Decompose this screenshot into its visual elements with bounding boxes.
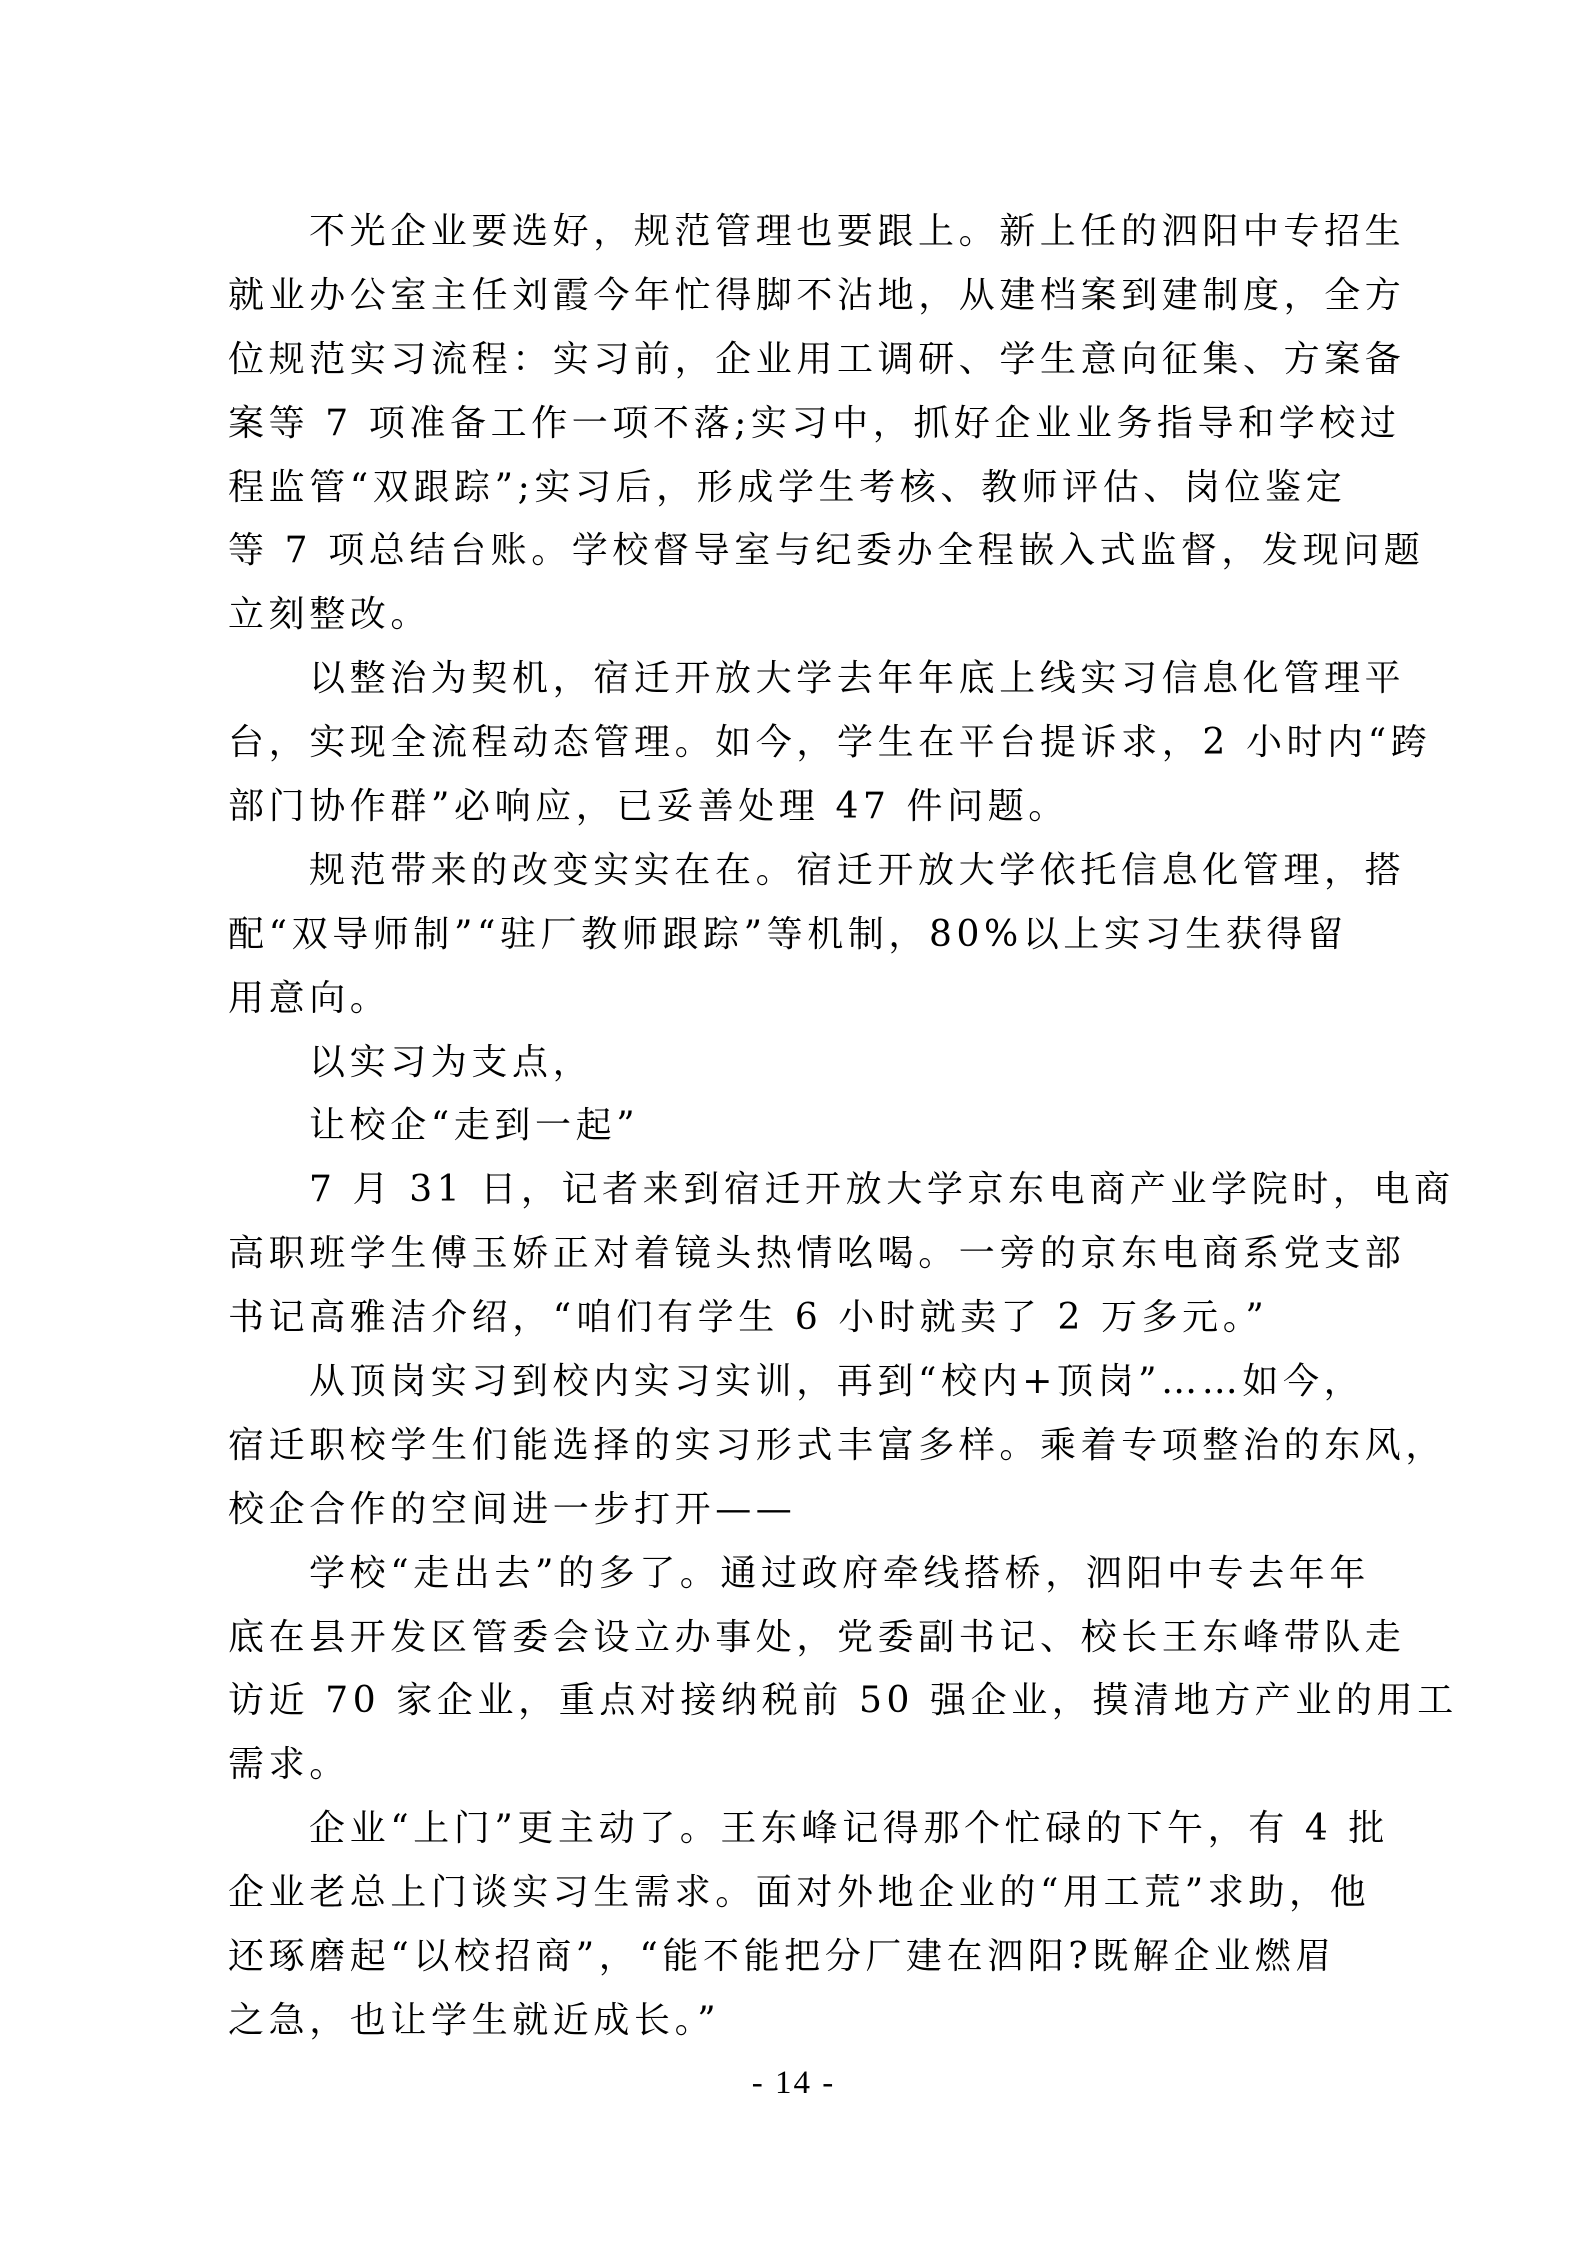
text-line: 校企合作的空间进一步打开—— [228,1478,1388,1542]
text-line: 规范带来的改变实实在在。宿迁开放大学依托信息化管理，搭 [228,839,1388,903]
text-line: 从顶岗实习到校内实习实训，再到“校内+顶岗”……如今， [228,1350,1388,1414]
text-line: 需求。 [228,1733,1388,1797]
text-line: 用意向。 [228,967,1388,1031]
text-line: 学校“走出去”的多了。通过政府牵线搭桥，泗阳中专去年年 [228,1542,1388,1606]
text-line: 底在县开发区管委会设立办事处，党委副书记、校长王东峰带队走 [228,1606,1388,1670]
paragraph: 学校“走出去”的多了。通过政府牵线搭桥，泗阳中专去年年底在县开发区管委会设立办事… [228,1542,1388,1798]
text-line: 程监管“双跟踪”;实习后，形成学生考核、教师评估、岗位鉴定 [228,456,1388,520]
section-heading: 以实习为支点， [228,1031,1388,1095]
text-line: 宿迁职校学生们能选择的实习形式丰富多样。乘着专项整治的东风， [228,1414,1388,1478]
article-body: 不光企业要选好，规范管理也要跟上。新上任的泗阳中专招生就业办公室主任刘霞今年忙得… [228,200,1388,2053]
paragraph: 企业“上门”更主动了。王东峰记得那个忙碌的下午，有 4 批企业老总上门谈实习生需… [228,1797,1388,2053]
text-line: 配“双导师制”“驻厂教师跟踪”等机制，80%以上实习生获得留 [228,903,1388,967]
text-line: 企业“上门”更主动了。王东峰记得那个忙碌的下午，有 4 批 [228,1797,1388,1861]
text-line: 等 7 项总结台账。学校督导室与纪委办全程嵌入式监督，发现问题 [228,519,1388,583]
text-line: 不光企业要选好，规范管理也要跟上。新上任的泗阳中专招生 [228,200,1388,264]
page-number: - 14 - [0,2065,1587,2102]
paragraph: 以整治为契机，宿迁开放大学去年年底上线实习信息化管理平台，实现全流程动态管理。如… [228,647,1388,839]
text-line: 以整治为契机，宿迁开放大学去年年底上线实习信息化管理平 [228,647,1388,711]
text-line: 访近 70 家企业，重点对接纳税前 50 强企业，摸清地方产业的用工 [228,1669,1388,1733]
text-line: 之急，也让学生就近成长。” [228,1989,1388,2053]
text-line: 台，实现全流程动态管理。如今，学生在平台提诉求，2 小时内“跨 [228,711,1388,775]
section-heading: 让校企“走到一起” [228,1094,1388,1158]
paragraph: 7 月 31 日，记者来到宿迁开放大学京东电商产业学院时，电商高职班学生傅玉娇正… [228,1158,1388,1350]
paragraph: 规范带来的改变实实在在。宿迁开放大学依托信息化管理，搭配“双导师制”“驻厂教师跟… [228,839,1388,1031]
text-line: 高职班学生傅玉娇正对着镜头热情吆喝。一旁的京东电商系党支部 [228,1222,1388,1286]
text-line: 位规范实习流程：实习前，企业用工调研、学生意向征集、方案备 [228,328,1388,392]
text-line: 就业办公室主任刘霞今年忙得脚不沾地，从建档案到建制度，全方 [228,264,1388,328]
text-line: 案等 7 项准备工作一项不落;实习中，抓好企业业务指导和学校过 [228,392,1388,456]
text-line: 以实习为支点， [228,1031,1388,1095]
text-line: 7 月 31 日，记者来到宿迁开放大学京东电商产业学院时，电商 [228,1158,1388,1222]
text-line: 企业老总上门谈实习生需求。面对外地企业的“用工荒”求助，他 [228,1861,1388,1925]
paragraph: 从顶岗实习到校内实习实训，再到“校内+顶岗”……如今，宿迁职校学生们能选择的实习… [228,1350,1388,1542]
document-page: 不光企业要选好，规范管理也要跟上。新上任的泗阳中专招生就业办公室主任刘霞今年忙得… [0,0,1587,2245]
text-line: 书记高雅洁介绍，“咱们有学生 6 小时就卖了 2 万多元。” [228,1286,1388,1350]
text-line: 立刻整改。 [228,583,1388,647]
paragraph: 不光企业要选好，规范管理也要跟上。新上任的泗阳中专招生就业办公室主任刘霞今年忙得… [228,200,1388,647]
text-line: 让校企“走到一起” [228,1094,1388,1158]
text-line: 还琢磨起“以校招商”，“能不能把分厂建在泗阳?既解企业燃眉 [228,1925,1388,1989]
text-line: 部门协作群”必响应，已妥善处理 47 件问题。 [228,775,1388,839]
